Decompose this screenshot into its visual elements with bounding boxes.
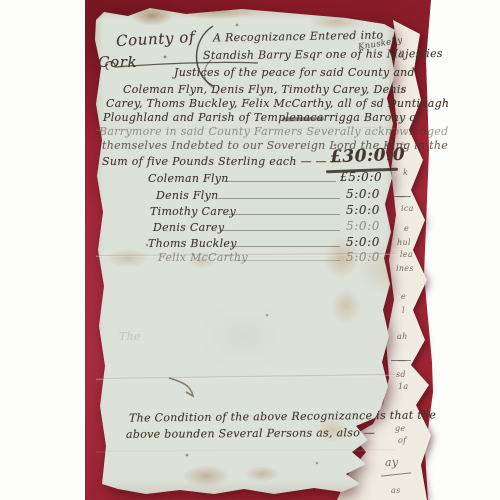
leader-line	[234, 260, 340, 261]
torn-edge-fragment: ines	[396, 264, 414, 273]
overwritten-word-mark	[282, 117, 324, 122]
torn-edge-fragment: ica	[401, 204, 414, 213]
body-line: Ploughland and Parish of Templenacarrigg…	[103, 111, 421, 124]
torn-edge-fragment: l	[402, 306, 405, 315]
pen-squiggle-mark	[165, 374, 205, 402]
leader-line	[218, 198, 340, 199]
ghost-text: The	[119, 330, 141, 343]
total-amount: £30:0:0	[330, 145, 406, 168]
pen-flourish-line	[381, 472, 411, 476]
leader-line	[228, 214, 340, 215]
body-line: Barrymore in said County Farmers Several…	[99, 125, 448, 138]
surety-name: Thoms Buckley	[148, 237, 237, 250]
torn-edge-fragment: e	[401, 292, 406, 301]
torn-edge-fragment: ge	[395, 424, 405, 433]
torn-edge-fragment: 1a	[398, 382, 408, 391]
leader-line	[220, 230, 340, 231]
pen-flourish-line	[393, 196, 411, 197]
leader-line	[224, 181, 336, 182]
surety-name: Denis Flyn	[156, 189, 219, 202]
torn-edge-fragment: k	[403, 168, 408, 177]
condition-line: above bounden Several Persons as, also —	[126, 426, 375, 441]
surety-amount: 5:0:0	[346, 250, 380, 264]
surety-amount: £5:0:0	[340, 170, 382, 184]
surety-name: Timothy Carey	[150, 205, 236, 218]
body-line: Standish Barry Esqr one of his Majesties	[203, 47, 443, 62]
surety-amount: 5:0:0	[346, 203, 380, 217]
leader-line	[230, 246, 340, 247]
surety-name: Denis Carey	[153, 221, 224, 234]
surety-amount: 5:0:0	[346, 235, 380, 249]
ink-specks	[94, 6, 96, 8]
surety-amount: 5:0:0	[346, 219, 380, 233]
torn-edge-fragment: of	[398, 436, 406, 445]
body-line: Coleman Flyn, Denis Flyn, Timothy Carey,…	[123, 83, 407, 96]
torn-edge-fragment: ah	[397, 332, 408, 341]
surety-amount: 5:0:0	[346, 187, 380, 201]
torn-edge-fragment: lea	[400, 250, 413, 259]
body-line: Justices of the peace for said County an…	[174, 66, 415, 79]
torn-edge-fragment: sd	[396, 370, 406, 379]
torn-edge-fragment: as	[391, 486, 400, 495]
body-line: Carey, Thoms Buckley, Felix McCarthy, al…	[106, 97, 449, 110]
surety-name: Coleman Flyn	[148, 172, 229, 185]
torn-edge-fragment: ay	[385, 456, 398, 469]
torn-edge-fragment: e	[404, 224, 409, 233]
body-line: Sum of five Pounds Sterling each — — —	[102, 155, 342, 168]
pen-flourish-line	[391, 360, 411, 361]
torn-edge-fragment: hul	[397, 238, 411, 247]
photo-of-document: y t ft k — ica e hul lea ines e l ah — s…	[0, 0, 500, 500]
surety-name: Felix McCarthy	[158, 251, 248, 264]
